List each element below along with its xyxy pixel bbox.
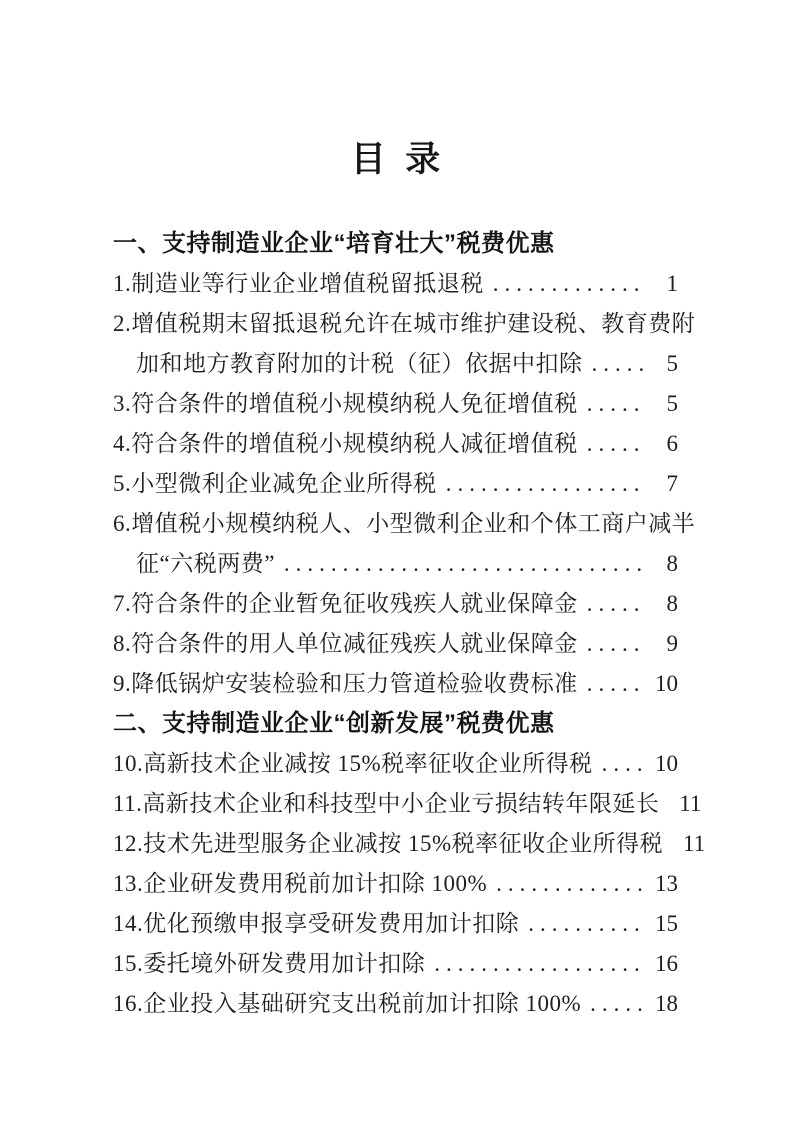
toc-entry-text: 6.增值税小规模纳税人、小型微利企业和个体工商户减半: [113, 504, 695, 544]
toc-entry-text: 11.高新技术企业和科技型中小企业亏损结转年限延长: [113, 784, 659, 824]
page-number: 8: [651, 584, 678, 624]
toc-entry-text: 14.优化预缴申报享受研发费用加计扣除: [113, 904, 519, 944]
toc-entry-text: 1.制造业等行业企业增值税留抵退税: [113, 264, 484, 304]
page-number: 11: [674, 784, 701, 824]
page-number: 9: [651, 624, 678, 664]
page-number: 1: [651, 264, 678, 304]
toc-entry-line: 2.增值税期末留抵退税允许在城市维护建设税、教育费附: [113, 304, 678, 344]
toc-entry-text: 4.符合条件的增值税小规模纳税人减征增值税: [113, 424, 578, 464]
toc-entry-line: 5.小型微利企业减免企业所得税.........................…: [113, 464, 678, 504]
page-number: 10: [651, 744, 678, 784]
toc-entry-line: 12.技术先进型服务企业减按 15%税率征收企业所得税.............…: [113, 824, 678, 864]
toc-entry-text: 7.符合条件的企业暂免征收残疾人就业保障金: [113, 584, 578, 624]
toc-entry-line: 16.企业投入基础研究支出税前加计扣除 100%................…: [113, 984, 678, 1024]
dot-leader: ........................................…: [446, 464, 645, 504]
toc-entry-line: 11.高新技术企业和科技型中小企业亏损结转年限延长...............…: [113, 784, 678, 824]
toc-entry-text: 3.符合条件的增值税小规模纳税人免征增值税: [113, 384, 578, 424]
page-number: 15: [651, 904, 678, 944]
section-heading: 一、支持制造业企业“培育壮大”税费优惠: [113, 224, 678, 264]
dot-leader: ........................................…: [587, 664, 645, 704]
dot-leader: ........................................…: [602, 744, 645, 784]
toc-entry-line: 10.高新技术企业减按 15%税率征收企业所得税................…: [113, 744, 678, 784]
dot-leader: ........................................…: [592, 344, 646, 384]
toc-entry-text: 8.符合条件的用人单位减征残疾人就业保障金: [113, 624, 578, 664]
toc-entry-line: 6.增值税小规模纳税人、小型微利企业和个体工商户减半: [113, 504, 678, 544]
dot-leader: ........................................…: [434, 944, 645, 984]
page-number: 8: [651, 544, 678, 584]
section-heading: 二、支持制造业企业“创新发展”税费优惠: [113, 704, 678, 744]
toc-entry-text: 13.企业研发费用税前加计扣除 100%: [113, 864, 487, 904]
toc-entry-text: 5.小型微利企业减免企业所得税: [113, 464, 437, 504]
page-number: 18: [651, 984, 678, 1024]
toc-entry-text: 9.降低锅炉安装检验和压力管道检验收费标准: [113, 664, 578, 704]
dot-leader: ........................................…: [587, 424, 645, 464]
toc-entry-line: 加和地方教育附加的计税（征）依据中扣除.....................…: [113, 344, 678, 384]
toc-entry-text: 12.技术先进型服务企业减按 15%税率征收企业所得税: [113, 824, 663, 864]
toc-entry-line: 7.符合条件的企业暂免征收残疾人就业保障金...................…: [113, 584, 678, 624]
toc-entry-line: 3.符合条件的增值税小规模纳税人免征增值税...................…: [113, 384, 678, 424]
toc-entry-text: 加和地方教育附加的计税（征）依据中扣除: [113, 344, 583, 384]
toc-entry-line: 9.降低锅炉安装检验和压力管道检验收费标准...................…: [113, 664, 678, 704]
page-number: 5: [651, 384, 678, 424]
toc-entry-line: 1.制造业等行业企业增值税留抵退税.......................…: [113, 264, 678, 304]
document-page: 目 录 一、支持制造业企业“培育壮大”税费优惠1.制造业等行业企业增值税留抵退税…: [0, 0, 793, 1122]
table-of-contents: 一、支持制造业企业“培育壮大”税费优惠1.制造业等行业企业增值税留抵退税....…: [113, 224, 678, 1024]
page-number: 10: [651, 664, 678, 704]
dot-leader: ........................................…: [587, 624, 645, 664]
page-number: 6: [651, 424, 678, 464]
toc-entry-line: 13.企业研发费用税前加计扣除 100%....................…: [113, 864, 678, 904]
page-number: 16: [651, 944, 678, 984]
page-number: 5: [651, 344, 678, 384]
toc-entry-text: 16.企业投入基础研究支出税前加计扣除 100%: [113, 984, 581, 1024]
page-title: 目 录: [113, 142, 678, 178]
dot-leader: ........................................…: [284, 544, 645, 584]
dot-leader: ........................................…: [493, 264, 645, 304]
page-number: 11: [678, 824, 705, 864]
toc-entry-line: 征“六税两费”.................................…: [113, 544, 678, 584]
toc-entry-line: 4.符合条件的增值税小规模纳税人减征增值税...................…: [113, 424, 678, 464]
toc-entry-line: 15.委托境外研发费用加计扣除.........................…: [113, 944, 678, 984]
toc-entry-text: 2.增值税期末留抵退税允许在城市维护建设税、教育费附: [113, 304, 695, 344]
page-number: 13: [651, 864, 678, 904]
toc-entry-text: 15.委托境外研发费用加计扣除: [113, 944, 425, 984]
dot-leader: ........................................…: [587, 384, 645, 424]
dot-leader: ........................................…: [590, 984, 645, 1024]
dot-leader: ........................................…: [496, 864, 645, 904]
toc-entry-text: 10.高新技术企业减按 15%税率征收企业所得税: [113, 744, 593, 784]
page-number: 7: [651, 464, 678, 504]
toc-entry-line: 8.符合条件的用人单位减征残疾人就业保障金...................…: [113, 624, 678, 664]
toc-entry-text: 征“六税两费”: [113, 544, 275, 584]
toc-entry-line: 14.优化预缴申报享受研发费用加计扣除.....................…: [113, 904, 678, 944]
dot-leader: ........................................…: [587, 584, 645, 624]
dot-leader: ........................................…: [528, 904, 645, 944]
